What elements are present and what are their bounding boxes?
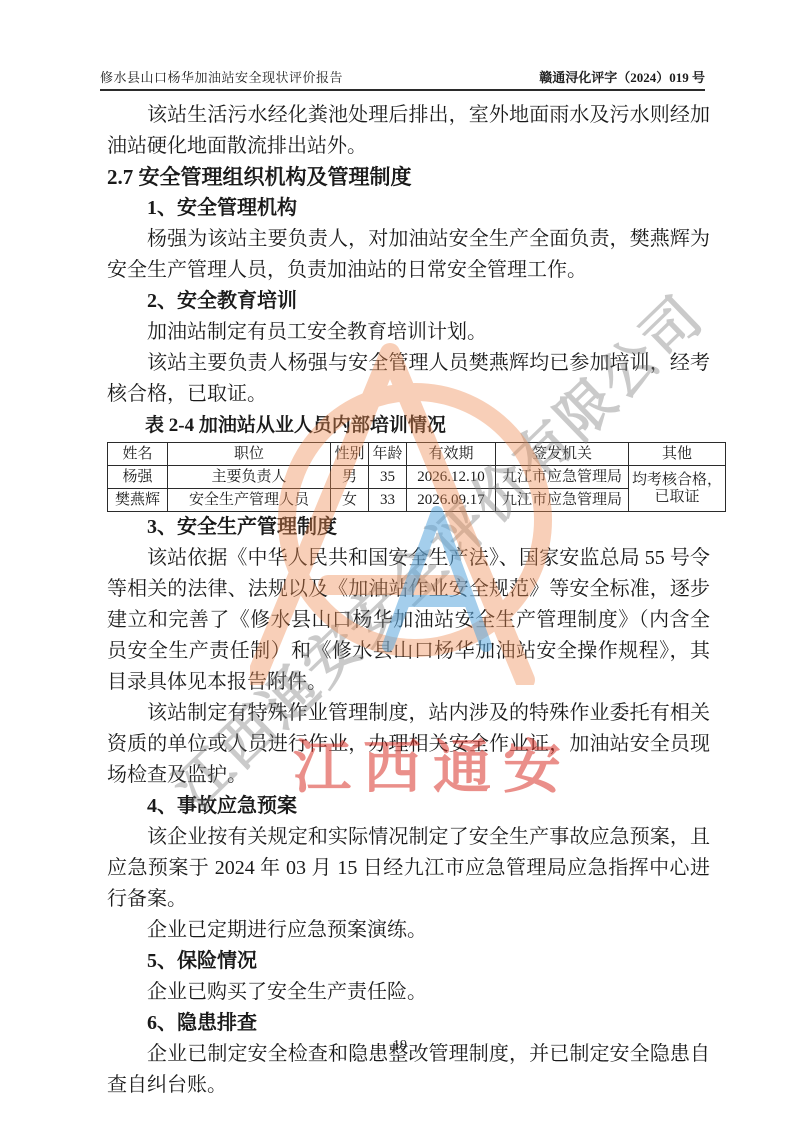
cell-name: 杨强 [108,466,168,489]
cell-position: 主要负责人 [168,466,331,489]
paragraph-emergency-plan: 该企业按有关规定和实际情况制定了安全生产事故应急预案，且应急预案于 2024 年… [107,822,710,915]
col-header-name: 姓名 [108,443,168,466]
col-header-validity: 有效期 [407,443,496,466]
cell-name: 樊燕辉 [108,489,168,512]
paragraph-mgmt-system: 该站依据《中华人民共和国安全生产法》、国家安监总局 55 号令等相关的法律、法规… [107,543,710,698]
paragraph-insurance: 企业已购买了安全生产责任险。 [107,977,710,1008]
cell-validity: 2026.12.10 [407,466,496,489]
subheading-4-emergency-plan: 4、事故应急预案 [107,791,710,822]
subheading-2-training: 2、安全教育培训 [107,286,710,317]
header-report-title: 修水县山口杨华加油站安全现状评价报告 [100,67,343,86]
cell-issuer: 九江市应急管理局 [496,489,629,512]
subheading-3-mgmt-system: 3、安全生产管理制度 [107,512,710,543]
page-header: 修水县山口杨华加油站安全现状评价报告 赣通浔化评字（2024）019 号 [100,60,705,91]
table-header-row: 姓名 职位 性别 年龄 有效期 签发机关 其他 [108,443,726,466]
col-header-gender: 性别 [331,443,369,466]
cell-validity: 2026.09.17 [407,489,496,512]
header-doc-number: 赣通浔化评字（2024）019 号 [539,67,705,86]
training-table: 姓名 职位 性别 年龄 有效期 签发机关 其他 杨强 主要负责人 男 35 20… [107,442,726,512]
paragraph-training-done: 该站主要负责人杨强与安全管理人员樊燕辉均已参加培训，经考核合格，已取证。 [107,348,710,410]
col-header-position: 职位 [168,443,331,466]
cell-gender: 男 [331,466,369,489]
cell-other-merged: 均考核合格，已取证 [629,466,726,512]
cell-issuer: 九江市应急管理局 [496,466,629,489]
cell-age: 35 [369,466,407,489]
paragraph-safety-org: 杨强为该站主要负责人，对加油站安全生产全面负责，樊燕辉为安全生产管理人员，负责加… [107,224,710,286]
section-heading-2-7: 2.7 安全管理组织机构及管理制度 [107,162,710,193]
col-header-issuer: 签发机关 [496,443,629,466]
subheading-5-insurance: 5、保险情况 [107,946,710,977]
cell-position: 安全生产管理人员 [168,489,331,512]
col-header-other: 其他 [629,443,726,466]
subheading-6-hazard-check: 6、隐患排查 [107,1008,710,1039]
report-page: 修水县山口杨华加油站安全现状评价报告 赣通浔化评字（2024）019 号 该站生… [0,0,800,1131]
document-body: 该站生活污水经化粪池处理后排出，室外地面雨水及污水则经加油站硬化地面散流排出站外… [107,100,710,1101]
cell-gender: 女 [331,489,369,512]
table-2-4-title: 表 2-4 加油站从业人员内部培训情况 [107,410,710,441]
paragraph-training-plan: 加油站制定有员工安全教育培训计划。 [107,317,710,348]
paragraph-special-work: 该站制定有特殊作业管理制度，站内涉及的特殊作业委托有相关资质的单位或人员进行作业… [107,698,710,791]
paragraph-sewage: 该站生活污水经化粪池处理后排出，室外地面雨水及污水则经加油站硬化地面散流排出站外… [107,100,710,162]
subheading-1-safety-org: 1、安全管理机构 [107,193,710,224]
cell-age: 33 [369,489,407,512]
col-header-age: 年龄 [369,443,407,466]
page-number: 19 [0,1038,800,1054]
paragraph-drill: 企业已定期进行应急预案演练。 [107,915,710,946]
table-row: 杨强 主要负责人 男 35 2026.12.10 九江市应急管理局 均考核合格，… [108,466,726,489]
